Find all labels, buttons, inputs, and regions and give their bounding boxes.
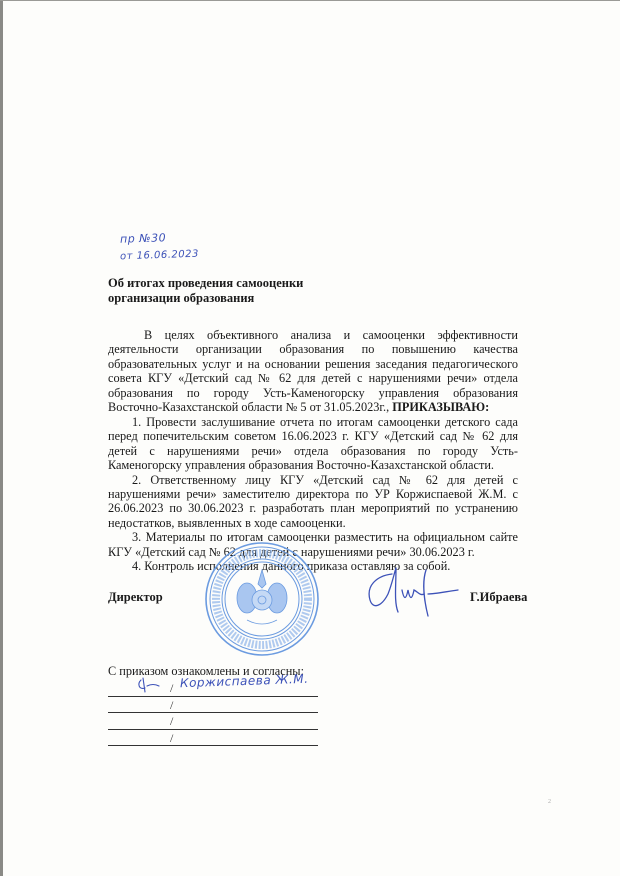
handwritten-order-date: от 16.06.2023 bbox=[120, 249, 199, 263]
acknowledgement-row: / bbox=[108, 730, 318, 747]
divider: / bbox=[170, 731, 173, 746]
divider: / bbox=[170, 681, 173, 696]
divider: / bbox=[170, 714, 173, 729]
title-line: организации образования bbox=[108, 291, 303, 306]
order-item-2: 2. Ответственному лицу КГУ «Детский сад … bbox=[108, 473, 518, 531]
scan-edge-left bbox=[0, 0, 3, 876]
preamble-paragraph: В целях объективного анализа и самооценк… bbox=[108, 328, 518, 415]
acknowledgement-row: / bbox=[108, 697, 318, 714]
director-name: Г.Ибраева bbox=[470, 590, 527, 605]
scan-edge-top bbox=[0, 0, 620, 1]
handwritten-order-number: пр №30 bbox=[120, 231, 167, 246]
document-body: В целях объективного анализа и самооценк… bbox=[108, 328, 518, 574]
divider: / bbox=[170, 698, 173, 713]
official-stamp-icon bbox=[203, 540, 321, 658]
acknowledgement-row: / bbox=[108, 713, 318, 730]
page-number: 2 bbox=[548, 799, 551, 805]
order-command: ПРИКАЗЫВАЮ: bbox=[392, 400, 489, 414]
order-item-1: 1. Провести заслушивание отчета по итога… bbox=[108, 415, 518, 473]
director-position: Директор bbox=[108, 590, 163, 605]
acknowledgement-signature-icon bbox=[135, 674, 165, 696]
director-signature-icon bbox=[362, 560, 462, 620]
document-title: Об итогах проведения самооценки организа… bbox=[108, 276, 303, 306]
title-line: Об итогах проведения самооценки bbox=[108, 276, 303, 291]
